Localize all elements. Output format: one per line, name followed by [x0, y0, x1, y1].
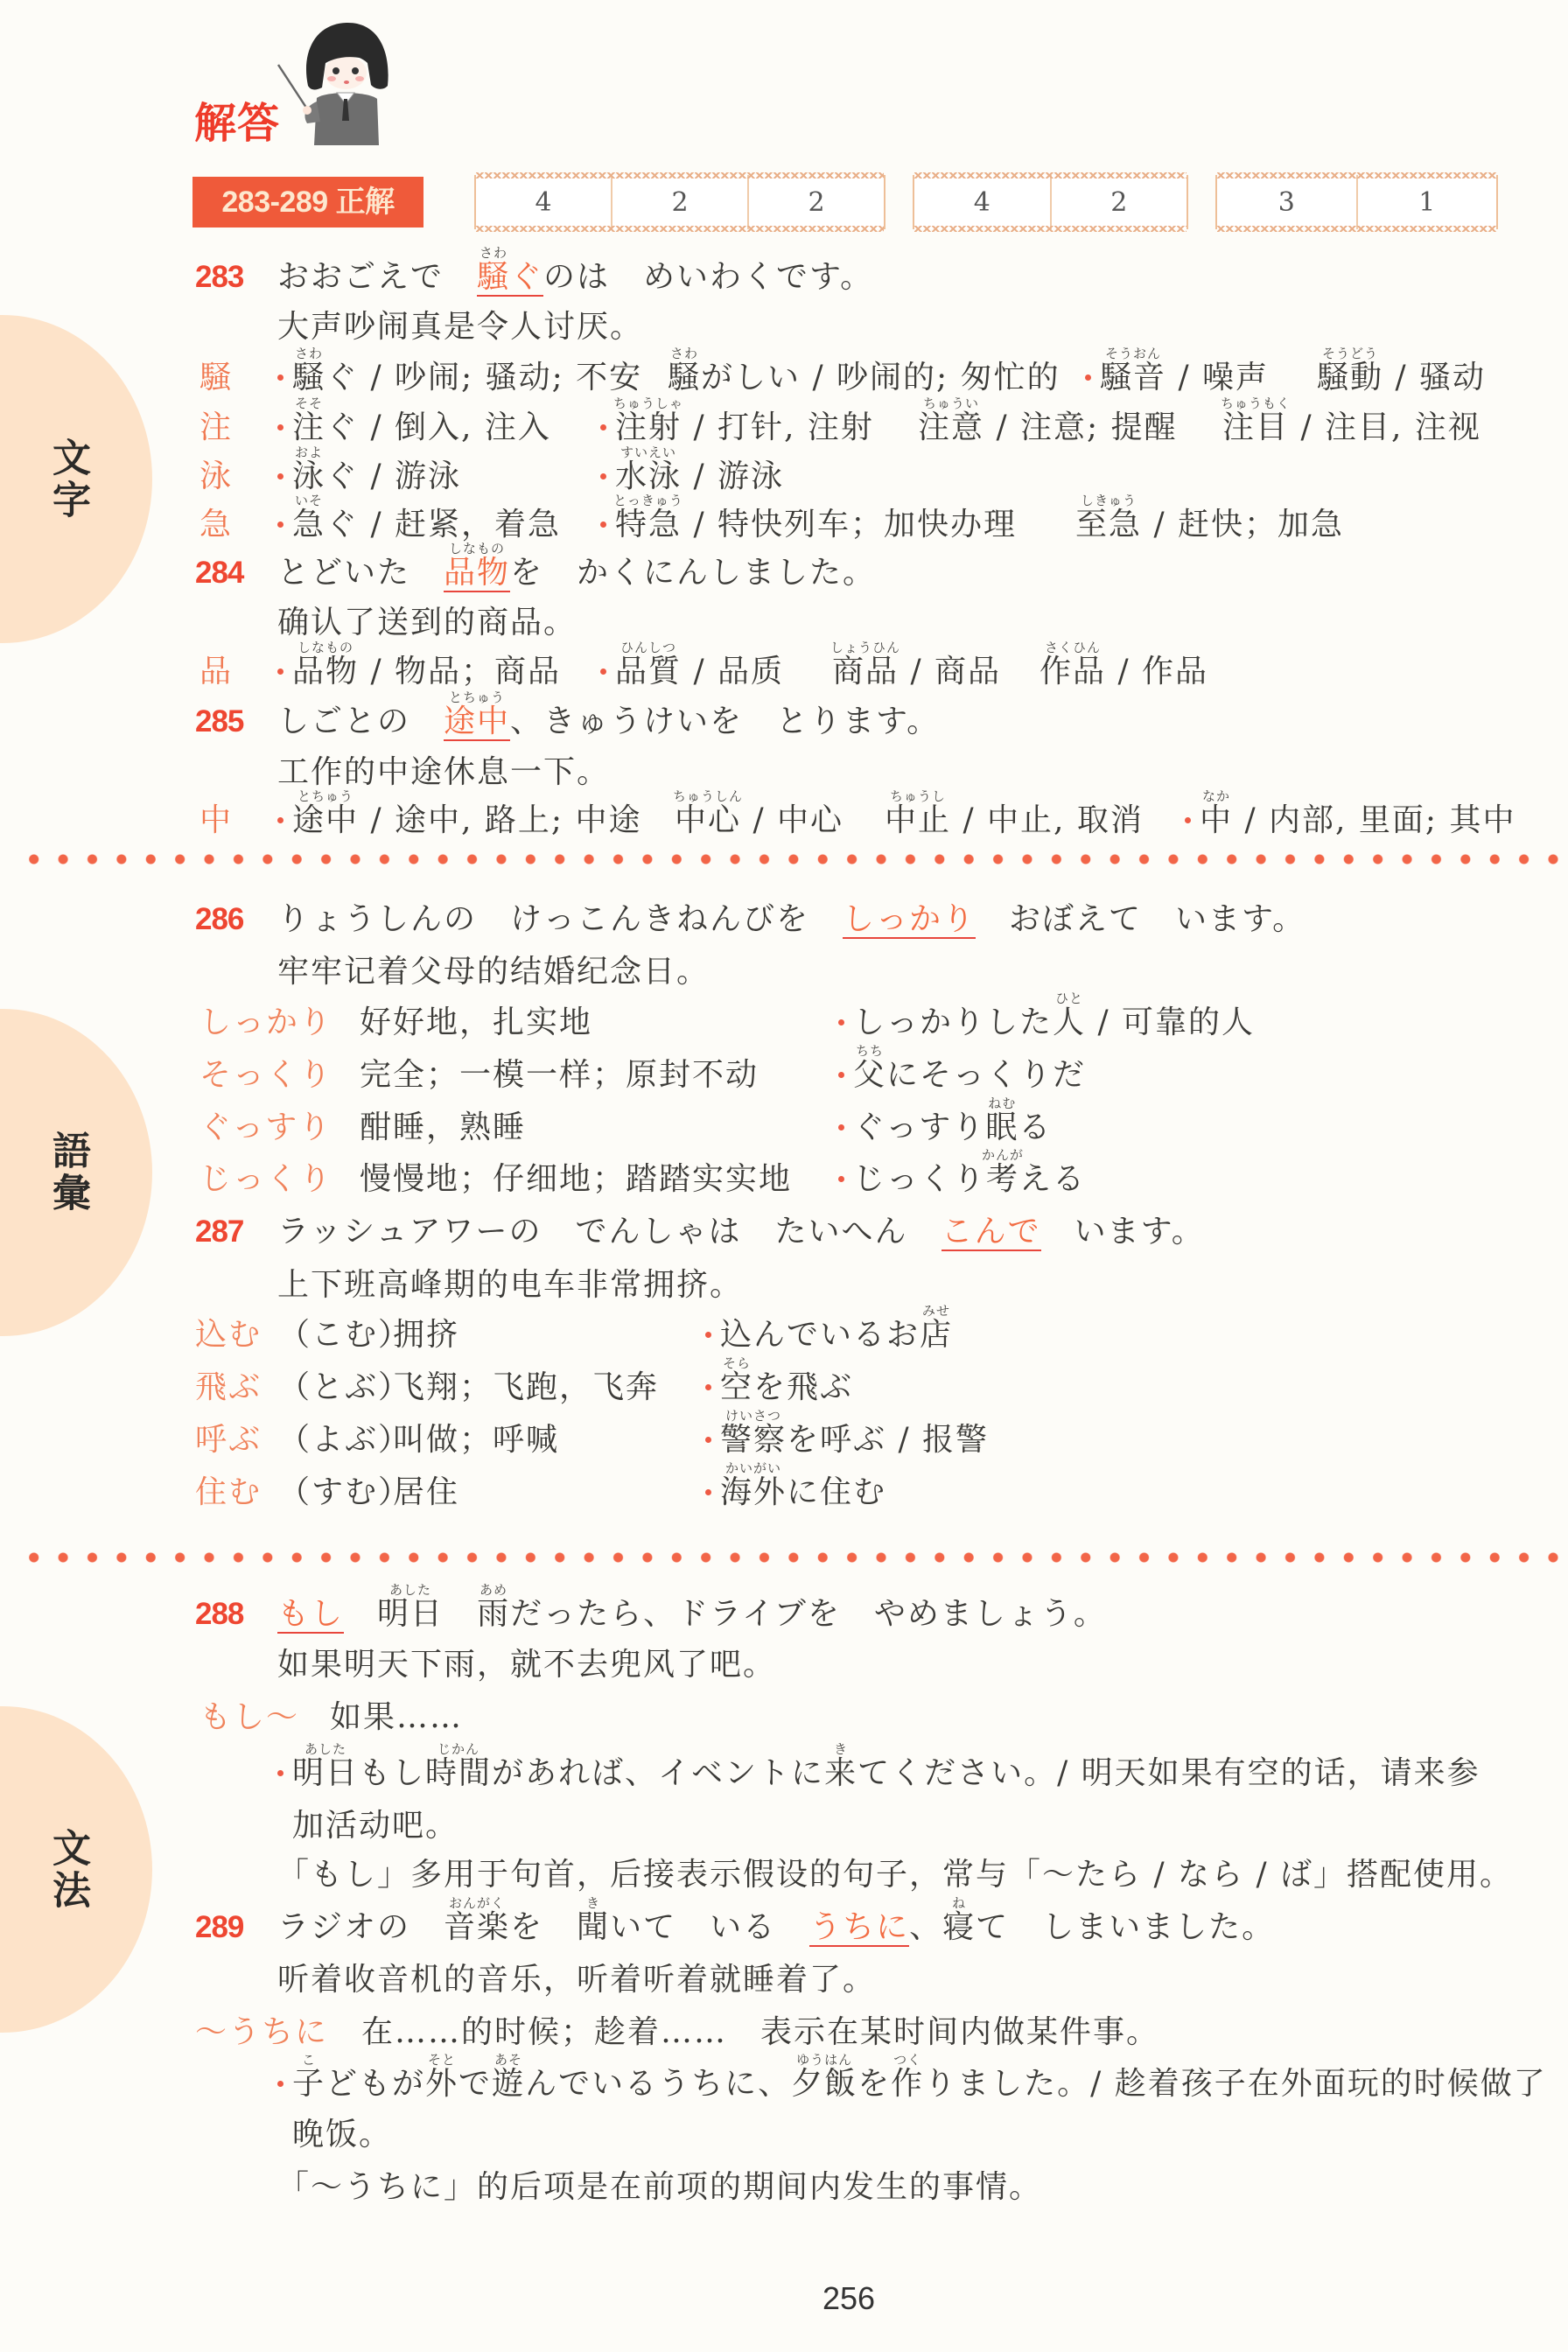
furigana-word: 考かんが	[986, 1160, 1019, 1199]
kanji-label: 泳	[199, 458, 233, 496]
question-number: 283	[195, 258, 243, 297]
vocab-entry: 水泳すいえい / 游泳	[615, 458, 784, 494]
furigana-word: 注そそ	[292, 409, 325, 447]
answer-cell: 2	[1052, 175, 1187, 229]
furigana-word: 明日あした	[292, 1754, 359, 1793]
bullet-icon	[705, 1332, 711, 1338]
term-example: 海外かいがいに住む	[705, 1473, 886, 1512]
translation: 确认了送到的商品。	[277, 604, 577, 642]
vocab-entry: 注射ちゅうしゃ / 打针, 注射	[615, 409, 874, 445]
grammar-row: ～うちに 在……的时候；趁着…… 表示在某时间内做某件事。	[0, 2013, 1568, 2052]
answer-cell: 2	[612, 175, 749, 229]
furigana-reading: さくひん	[1045, 641, 1101, 654]
question-number: 286	[195, 900, 243, 939]
dotted-divider	[19, 1551, 1568, 1564]
answer-group-1: 4 2 2	[474, 175, 885, 229]
furigana-word: 作つく	[891, 2065, 924, 2103]
vocab-item: 中止ちゅうし / 中止, 取消	[885, 801, 1144, 840]
grammar-note-line: 「もし」多用于句首，后接表示假设的句子，常与「～たら / なら / ば」搭配使用…	[0, 1856, 1568, 1894]
translation: 工作的中途休息一下。	[277, 753, 610, 792]
page-number: 256	[814, 2280, 884, 2317]
furigana-word: 夕飯ゆうはん	[791, 2065, 857, 2103]
example-text: 明日あしたもし時間じかんがあれば、イベントに来きてください。/ 明天如果有空的话…	[292, 1747, 1500, 1852]
answer-range-label: 283-289 正解	[192, 177, 423, 227]
furigana-reading: あした	[389, 1584, 431, 1597]
bullet-icon	[838, 1019, 844, 1025]
question-number: 285	[195, 703, 243, 741]
term-meaning: 飞翔；飞跑，飞奔	[393, 1368, 659, 1407]
furigana-reading: けいさつ	[725, 1410, 781, 1423]
example-text: 警察けいさつを呼ぶ / 报警	[720, 1422, 989, 1458]
furigana-reading: みせ	[922, 1305, 950, 1318]
term-row: 込む （こむ） 拥挤 込んでいるお店みせ	[0, 1316, 1568, 1354]
term-example: しっかりした人ひと / 可靠的人	[838, 1004, 1255, 1042]
grammar-usage: 表示在某时间内做某件事。	[760, 2013, 1159, 2052]
furigana-reading: かんが	[982, 1149, 1024, 1162]
furigana-reading: じかん	[437, 1743, 479, 1756]
furigana-word: 品質ひんしつ	[615, 653, 682, 691]
term-example: ぐっすり眠ねむる	[838, 1109, 1052, 1147]
grammar-note-line: 「～うちに」的后项是在前项的期间内发生的事情。	[0, 2168, 1568, 2207]
question-sentence: りょうしんの けっこんきねんびを しっかり おぼえて います。	[277, 900, 1305, 939]
vocab-item: 騒音そうおん / 噪声	[1085, 359, 1269, 397]
furigana-word: 泳およ	[292, 458, 325, 496]
furigana-word: 人ひと	[1053, 1004, 1086, 1042]
bullet-icon	[277, 424, 283, 430]
bullet-icon	[600, 473, 606, 479]
term-example: 警察けいさつを呼ぶ / 报警	[705, 1421, 989, 1459]
term-example: 父ちちにそっくりだ	[838, 1056, 1086, 1095]
vocab-item: 中なか / 内部, 里面; 其中	[1185, 801, 1516, 840]
term-example: 込んでいるお店みせ	[705, 1316, 953, 1354]
term-row: ぐっすり 酣睡，熟睡 ぐっすり眠ねむる	[0, 1109, 1568, 1147]
vocab-item: 注意ちゅうい / 注意; 提醒	[918, 409, 1178, 447]
translation: 如果明天下雨，就不去兜风了吧。	[277, 1646, 776, 1684]
translation: 牢牢记着父母的结婚纪念日。	[277, 953, 710, 991]
furigana-reading: かいがい	[725, 1462, 781, 1475]
question-sentence: ラッシュアワーの でんしゃは たいへん こんで います。	[277, 1213, 1205, 1251]
term-reading: （すむ）	[278, 1473, 411, 1512]
answer-highlight: 騒さわぐ	[477, 259, 543, 297]
answer-highlight: 途中とちゅう	[444, 703, 510, 741]
teacher-illustration-icon	[262, 9, 420, 157]
vocab-item: 中心ちゅうしん / 中心	[675, 801, 843, 840]
furigana-reading: そうどう	[1322, 347, 1378, 360]
vocab-entry: 騒さわぐ / 吵闹; 骚动; 不安	[292, 360, 642, 395]
vocab-entry: 途中とちゅう / 途中, 路上; 中途	[292, 802, 642, 838]
bullet-icon	[838, 1072, 844, 1078]
furigana-word: 水泳すいえい	[615, 458, 682, 496]
term-row: じっくり 慢慢地；仔细地；踏踏实实地 じっくり考かんがえる	[0, 1160, 1568, 1199]
grammar-term: ～うちに	[195, 2013, 328, 2052]
furigana-word: 中止ちゅうし	[885, 801, 951, 840]
example-text: 海外かいがいに住む	[720, 1474, 886, 1510]
answer-highlight: うちに	[809, 1909, 909, 1947]
furigana-reading: そうおん	[1105, 347, 1161, 360]
answer-highlight: もし	[277, 1596, 344, 1634]
vocab-entry: 特急とっきゅう / 特快列车；加快办理	[615, 507, 1017, 542]
furigana-word: 警察けいさつ	[720, 1421, 787, 1459]
example-text: 空そらを飛ぶ	[720, 1369, 853, 1405]
furigana-word: 明日あした	[377, 1595, 444, 1634]
term-meaning: 好好地，扎实地	[360, 1004, 592, 1042]
furigana-word: 時間じかん	[425, 1754, 492, 1793]
furigana-word: 寝ね	[942, 1908, 976, 1947]
example-text: ぐっすり眠ねむる	[853, 1109, 1052, 1145]
furigana-reading: すいえい	[620, 446, 676, 459]
kanji-row: 注 注そそぐ / 倒入, 注入 注射ちゅうしゃ / 打针, 注射 注意ちゅうい …	[0, 409, 1568, 447]
furigana-reading: あそ	[494, 2054, 522, 2067]
grammar-meaning: 如果……	[330, 1698, 463, 1737]
kanji-label: 騒	[199, 359, 233, 397]
grammar-note: 「～うちに」的后项是在前项的期间内发生的事情。	[277, 2168, 1042, 2207]
furigana-word: 注射ちゅうしゃ	[615, 409, 682, 447]
furigana-reading: さわ	[670, 347, 698, 360]
kanji-row: 騒 騒さわぐ / 吵闹; 骚动; 不安 騒さわがしい / 吵闹的; 匆忙的 騒音…	[0, 359, 1568, 397]
translation-line: 听着收音机的音乐，听着听着就睡着了。	[0, 1961, 1568, 1999]
translation-line: 工作的中途休息一下。	[0, 753, 1568, 792]
answer-cell: 4	[914, 175, 1052, 229]
furigana-word: 中なか	[1200, 801, 1233, 840]
term-meaning: 叫做；呼喊	[393, 1421, 559, 1459]
translation-line: 如果明天下雨，就不去兜风了吧。	[0, 1646, 1568, 1684]
question-number: 284	[195, 554, 243, 592]
furigana-word: 父ちち	[853, 1056, 886, 1095]
vocab-item: 注そそぐ / 倒入, 注入	[277, 409, 551, 447]
term-meaning: 完全；一模一样；原封不动	[360, 1056, 759, 1095]
kanji-label: 中	[199, 801, 233, 840]
furigana-reading: つく	[893, 2054, 921, 2067]
furigana-reading: いそ	[295, 494, 323, 507]
furigana-word: 来き	[824, 1754, 857, 1793]
term-row: 呼ぶ （よぶ） 叫做；呼喊 警察けいさつを呼ぶ / 报警	[0, 1421, 1568, 1459]
furigana-reading: さわ	[479, 247, 507, 260]
question-number: 289	[195, 1908, 243, 1947]
furigana-reading: とちゅう	[449, 691, 505, 704]
vocab-entry: 注そそぐ / 倒入, 注入	[292, 409, 551, 445]
vocab-item: 至急しきゅう / 赶快；加急	[1075, 506, 1344, 544]
term-example: じっくり考かんがえる	[838, 1160, 1086, 1199]
bullet-icon	[277, 1770, 283, 1776]
question-sentence-line: 284 とどいた 品物しなものを かくにんしました。	[0, 554, 1568, 592]
furigana-reading: ひんしつ	[620, 641, 676, 654]
dotted-divider	[19, 853, 1568, 865]
answer-cell: 4	[476, 175, 612, 229]
term: 住む	[195, 1473, 262, 1512]
answer-cell: 1	[1358, 175, 1497, 229]
vocab-item: 水泳すいえい / 游泳	[600, 458, 784, 496]
vocab-entry: 品質ひんしつ / 品质	[615, 654, 784, 689]
question-sentence-line: 286 りょうしんの けっこんきねんびを しっかり おぼえて います。	[0, 900, 1568, 939]
furigana-reading: ちゅうしゃ	[613, 397, 683, 410]
furigana-word: 急いそ	[292, 506, 325, 544]
furigana-reading: そと	[428, 2054, 456, 2067]
term: 呼ぶ	[195, 1421, 262, 1459]
term-row: しっかり 好好地，扎实地 しっかりした人ひと / 可靠的人	[0, 1004, 1568, 1042]
furigana-reading: ちち	[856, 1045, 884, 1058]
furigana-reading: ちゅうし	[890, 790, 946, 803]
furigana-reading: き	[586, 1897, 600, 1910]
furigana-reading: き	[834, 1743, 848, 1756]
furigana-word: 作品さくひん	[1039, 653, 1106, 691]
furigana-reading: とちゅう	[297, 790, 353, 803]
term-row: 飛ぶ （とぶ） 飞翔；飞跑，飞奔 空そらを飛ぶ	[0, 1368, 1568, 1407]
grammar-note: 「もし」多用于句首，后接表示假设的句子，常与「～たら / なら / ば」搭配使用…	[277, 1856, 1513, 1894]
furigana-word: 品物しなもの	[292, 653, 359, 691]
term-reading: （こむ）	[278, 1316, 411, 1354]
vocab-item: 騒動そうどう / 骚动	[1317, 359, 1486, 397]
furigana-word: 特急とっきゅう	[615, 506, 682, 544]
furigana-reading: そそ	[295, 397, 323, 410]
furigana-reading: しょうひん	[830, 641, 900, 654]
vocab-item: 騒さわがしい / 吵闹的; 匆忙的	[668, 359, 1060, 397]
furigana-reading: ひと	[1055, 992, 1083, 1005]
furigana-reading: ちゅうもく	[1221, 397, 1291, 410]
kanji-row: 中 途中とちゅう / 途中, 路上; 中途 中心ちゅうしん / 中心 中止ちゅう…	[0, 801, 1568, 840]
vocab-item: 途中とちゅう / 途中, 路上; 中途	[277, 801, 642, 840]
furigana-word: 騒さわ	[292, 359, 325, 397]
bullet-icon	[600, 521, 606, 528]
term-example: 空そらを飛ぶ	[705, 1368, 853, 1407]
furigana-reading: ゆうはん	[796, 2054, 852, 2067]
vocab-item: 特急とっきゅう / 特快列车；加快办理	[600, 506, 1017, 544]
bullet-icon	[838, 1176, 844, 1182]
furigana-reading: さわ	[295, 347, 323, 360]
translation-line: 上下班高峰期的电车非常拥挤。	[0, 1266, 1568, 1305]
grammar-meaning: 在……的时候；趁着……	[361, 2013, 727, 2052]
furigana-word: 商品しょうひん	[832, 653, 899, 691]
furigana-word: 眠ねむ	[985, 1109, 1018, 1147]
furigana-word: 騒さわ	[668, 359, 701, 397]
bullet-icon	[705, 1384, 711, 1390]
term: ぐっすり	[199, 1109, 332, 1147]
furigana-word: 中心ちゅうしん	[675, 801, 741, 840]
term-row: 住む （すむ） 居住 海外かいがいに住む	[0, 1473, 1568, 1512]
furigana-reading: ねむ	[988, 1097, 1016, 1110]
vocab-item: 商品しょうひん / 商品	[832, 653, 1001, 691]
furigana-word: 途中とちゅう	[444, 703, 510, 741]
vocab-item: 泳およぐ / 游泳	[277, 458, 461, 496]
furigana-reading: しなもの	[449, 542, 505, 556]
term-row: そっくり 完全；一模一样；原封不动 父ちちにそっくりだ	[0, 1056, 1568, 1095]
vocab-item: 急いそぐ / 赶紧，着急	[277, 506, 561, 544]
kanji-label: 注	[199, 409, 233, 447]
term: しっかり	[199, 1004, 332, 1042]
furigana-word: 遊あそ	[492, 2065, 525, 2103]
bullet-icon	[1085, 374, 1091, 381]
kanji-row: 品 品物しなもの / 物品；商品 品質ひんしつ / 品质 商品しょうひん / 商…	[0, 653, 1568, 691]
example-text: 子こどもが外そとで遊あそんでいるうちに、夕飯ゆうはんを作つくりました。/ 趁着孩…	[292, 2059, 1552, 2160]
bullet-icon	[838, 1124, 844, 1130]
answer-highlight: こんで	[941, 1214, 1041, 1251]
kanji-row: 急 急いそぐ / 赶紧，着急 特急とっきゅう / 特快列车；加快办理 至急しきゅ…	[0, 506, 1568, 544]
furigana-reading: しなもの	[297, 641, 353, 654]
term: 飛ぶ	[195, 1368, 262, 1407]
furigana-reading: ちゅうい	[923, 397, 979, 410]
furigana-word: 雨あめ	[477, 1595, 510, 1634]
example-text: 込んでいるお店みせ	[720, 1317, 953, 1353]
furigana-word: 騒動そうどう	[1317, 359, 1383, 397]
furigana-word: 空そら	[720, 1368, 753, 1407]
bullet-icon	[277, 374, 283, 381]
furigana-reading: あめ	[479, 1584, 507, 1597]
vocab-item: 作品さくひん / 作品	[1039, 653, 1208, 691]
question-sentence-line: 283 おおごえで 騒さわぐのは めいわくです。	[0, 258, 1568, 297]
term-reading: （とぶ）	[278, 1368, 411, 1407]
furigana-word: 子こ	[292, 2065, 325, 2103]
question-sentence: もし 明日あした 雨あめだったら、ドライブを やめましょう。	[277, 1595, 1107, 1634]
vocab-item: 品物しなもの / 物品；商品	[277, 653, 561, 691]
furigana-word: 至急しきゅう	[1075, 506, 1142, 544]
question-sentence-line: 289 ラジオの 音楽おんがくを 聞きいて いる うちに、寝ねて しまいました。	[0, 1908, 1568, 1947]
bullet-icon	[277, 2081, 283, 2087]
example-text: 父ちちにそっくりだ	[853, 1057, 1086, 1093]
furigana-word: 音楽おんがく	[444, 1908, 510, 1947]
grammar-term: もし～	[199, 1698, 299, 1737]
vocab-entry: 中なか / 内部, 里面; 其中	[1200, 802, 1516, 838]
kanji-row: 泳 泳およぐ / 游泳 水泳すいえい / 游泳	[0, 458, 1568, 496]
bullet-icon	[277, 817, 283, 823]
vocab-entry: 泳およぐ / 游泳	[292, 458, 461, 494]
example-text: じっくり考かんがえる	[853, 1161, 1086, 1197]
furigana-word: 注意ちゅうい	[918, 409, 984, 447]
furigana-reading: とっきゅう	[613, 494, 683, 507]
answer-highlight: 品物しなもの	[444, 555, 510, 592]
translation: 大声吵闹真是令人讨厌。	[277, 308, 643, 346]
grammar-row: もし～ 如果……	[0, 1698, 1568, 1737]
term-meaning: 酣睡，熟睡	[360, 1109, 526, 1147]
vocab-item: 騒さわぐ / 吵闹; 骚动; 不安	[277, 359, 642, 397]
furigana-reading: そら	[723, 1357, 751, 1370]
furigana-word: 海外かいがい	[720, 1473, 787, 1512]
bullet-icon	[277, 668, 283, 675]
question-sentence: しごとの 途中とちゅう、きゅうけいを とります。	[277, 703, 940, 741]
translation: 听着收音机的音乐，听着听着就睡着了。	[277, 1961, 876, 1999]
term: じっくり	[199, 1160, 332, 1199]
kanji-label: 品	[199, 653, 233, 691]
question-sentence-line: 285 しごとの 途中とちゅう、きゅうけいを とります。	[0, 703, 1568, 741]
furigana-word: 騒音そうおん	[1100, 359, 1166, 397]
bullet-icon	[705, 1489, 711, 1495]
furigana-word: 店みせ	[920, 1316, 953, 1354]
furigana-reading: こ	[302, 2054, 316, 2067]
vocab-entry: 騒音そうおん / 噪声	[1100, 360, 1269, 395]
bullet-icon	[600, 424, 606, 430]
furigana-word: 騒さわ	[477, 258, 510, 297]
furigana-word: 品物しなもの	[444, 554, 510, 592]
term: そっくり	[199, 1056, 332, 1095]
furigana-reading: おんがく	[449, 1897, 505, 1910]
furigana-word: 注目ちゅうもく	[1222, 409, 1289, 447]
bullet-icon	[1185, 817, 1191, 823]
term-meaning: 居住	[393, 1473, 459, 1512]
vocab-item: 品質ひんしつ / 品质	[600, 653, 784, 691]
question-sentence: ラジオの 音楽おんがくを 聞きいて いる うちに、寝ねて しまいました。	[277, 1908, 1275, 1947]
kanji-label: 急	[199, 506, 233, 544]
furigana-reading: しきゅう	[1081, 494, 1137, 507]
furigana-reading: なか	[1202, 790, 1230, 803]
answer-group-2: 4 2	[913, 175, 1188, 229]
furigana-reading: およ	[295, 446, 323, 459]
translation-line: 确认了送到的商品。	[0, 604, 1568, 642]
furigana-reading: ちゅうしん	[673, 790, 743, 803]
question-sentence: とどいた 品物しなものを かくにんしました。	[277, 554, 876, 592]
question-sentence: おおごえで 騒さわぐのは めいわくです。	[277, 258, 873, 297]
bullet-icon	[600, 668, 606, 675]
vocab-item: 注射ちゅうしゃ / 打针, 注射	[600, 409, 874, 447]
furigana-word: 聞き	[577, 1908, 610, 1947]
answer-cell: 3	[1217, 175, 1358, 229]
bullet-icon	[277, 521, 283, 528]
furigana-word: 途中とちゅう	[292, 801, 359, 840]
furigana-reading: あした	[304, 1743, 346, 1756]
vocab-entry: 品物しなもの / 物品；商品	[292, 654, 561, 689]
answer-highlight: しっかり	[843, 901, 976, 939]
question-sentence-line: 287 ラッシュアワーの でんしゃは たいへん こんで います。	[0, 1213, 1568, 1251]
translation-line: 大声吵闹真是令人讨厌。	[0, 308, 1568, 346]
bullet-icon	[277, 473, 283, 479]
vocab-item: 注目ちゅうもく / 注目, 注视	[1222, 409, 1481, 447]
question-number: 287	[195, 1213, 243, 1251]
term: 込む	[195, 1316, 262, 1354]
answer-group-3: 3 1	[1215, 175, 1498, 229]
bullet-icon	[705, 1437, 711, 1443]
term-meaning: 拥挤	[393, 1316, 459, 1354]
furigana-reading: ね	[952, 1897, 966, 1910]
translation: 上下班高峰期的电车非常拥挤。	[277, 1266, 743, 1305]
term-meaning: 慢慢地；仔细地；踏踏实实地	[360, 1160, 792, 1199]
vocab-entry: 急いそぐ / 赶紧，着急	[292, 507, 561, 542]
furigana-word: 外そと	[425, 2065, 458, 2103]
question-sentence-line: 288 もし 明日あした 雨あめだったら、ドライブを やめましょう。	[0, 1595, 1568, 1634]
example-text: しっかりした人ひと / 可靠的人	[853, 1004, 1255, 1040]
translation-line: 牢牢记着父母的结婚纪念日。	[0, 953, 1568, 991]
term-reading: （よぶ）	[278, 1421, 411, 1459]
question-number: 288	[195, 1595, 243, 1634]
answer-cell: 2	[749, 175, 884, 229]
